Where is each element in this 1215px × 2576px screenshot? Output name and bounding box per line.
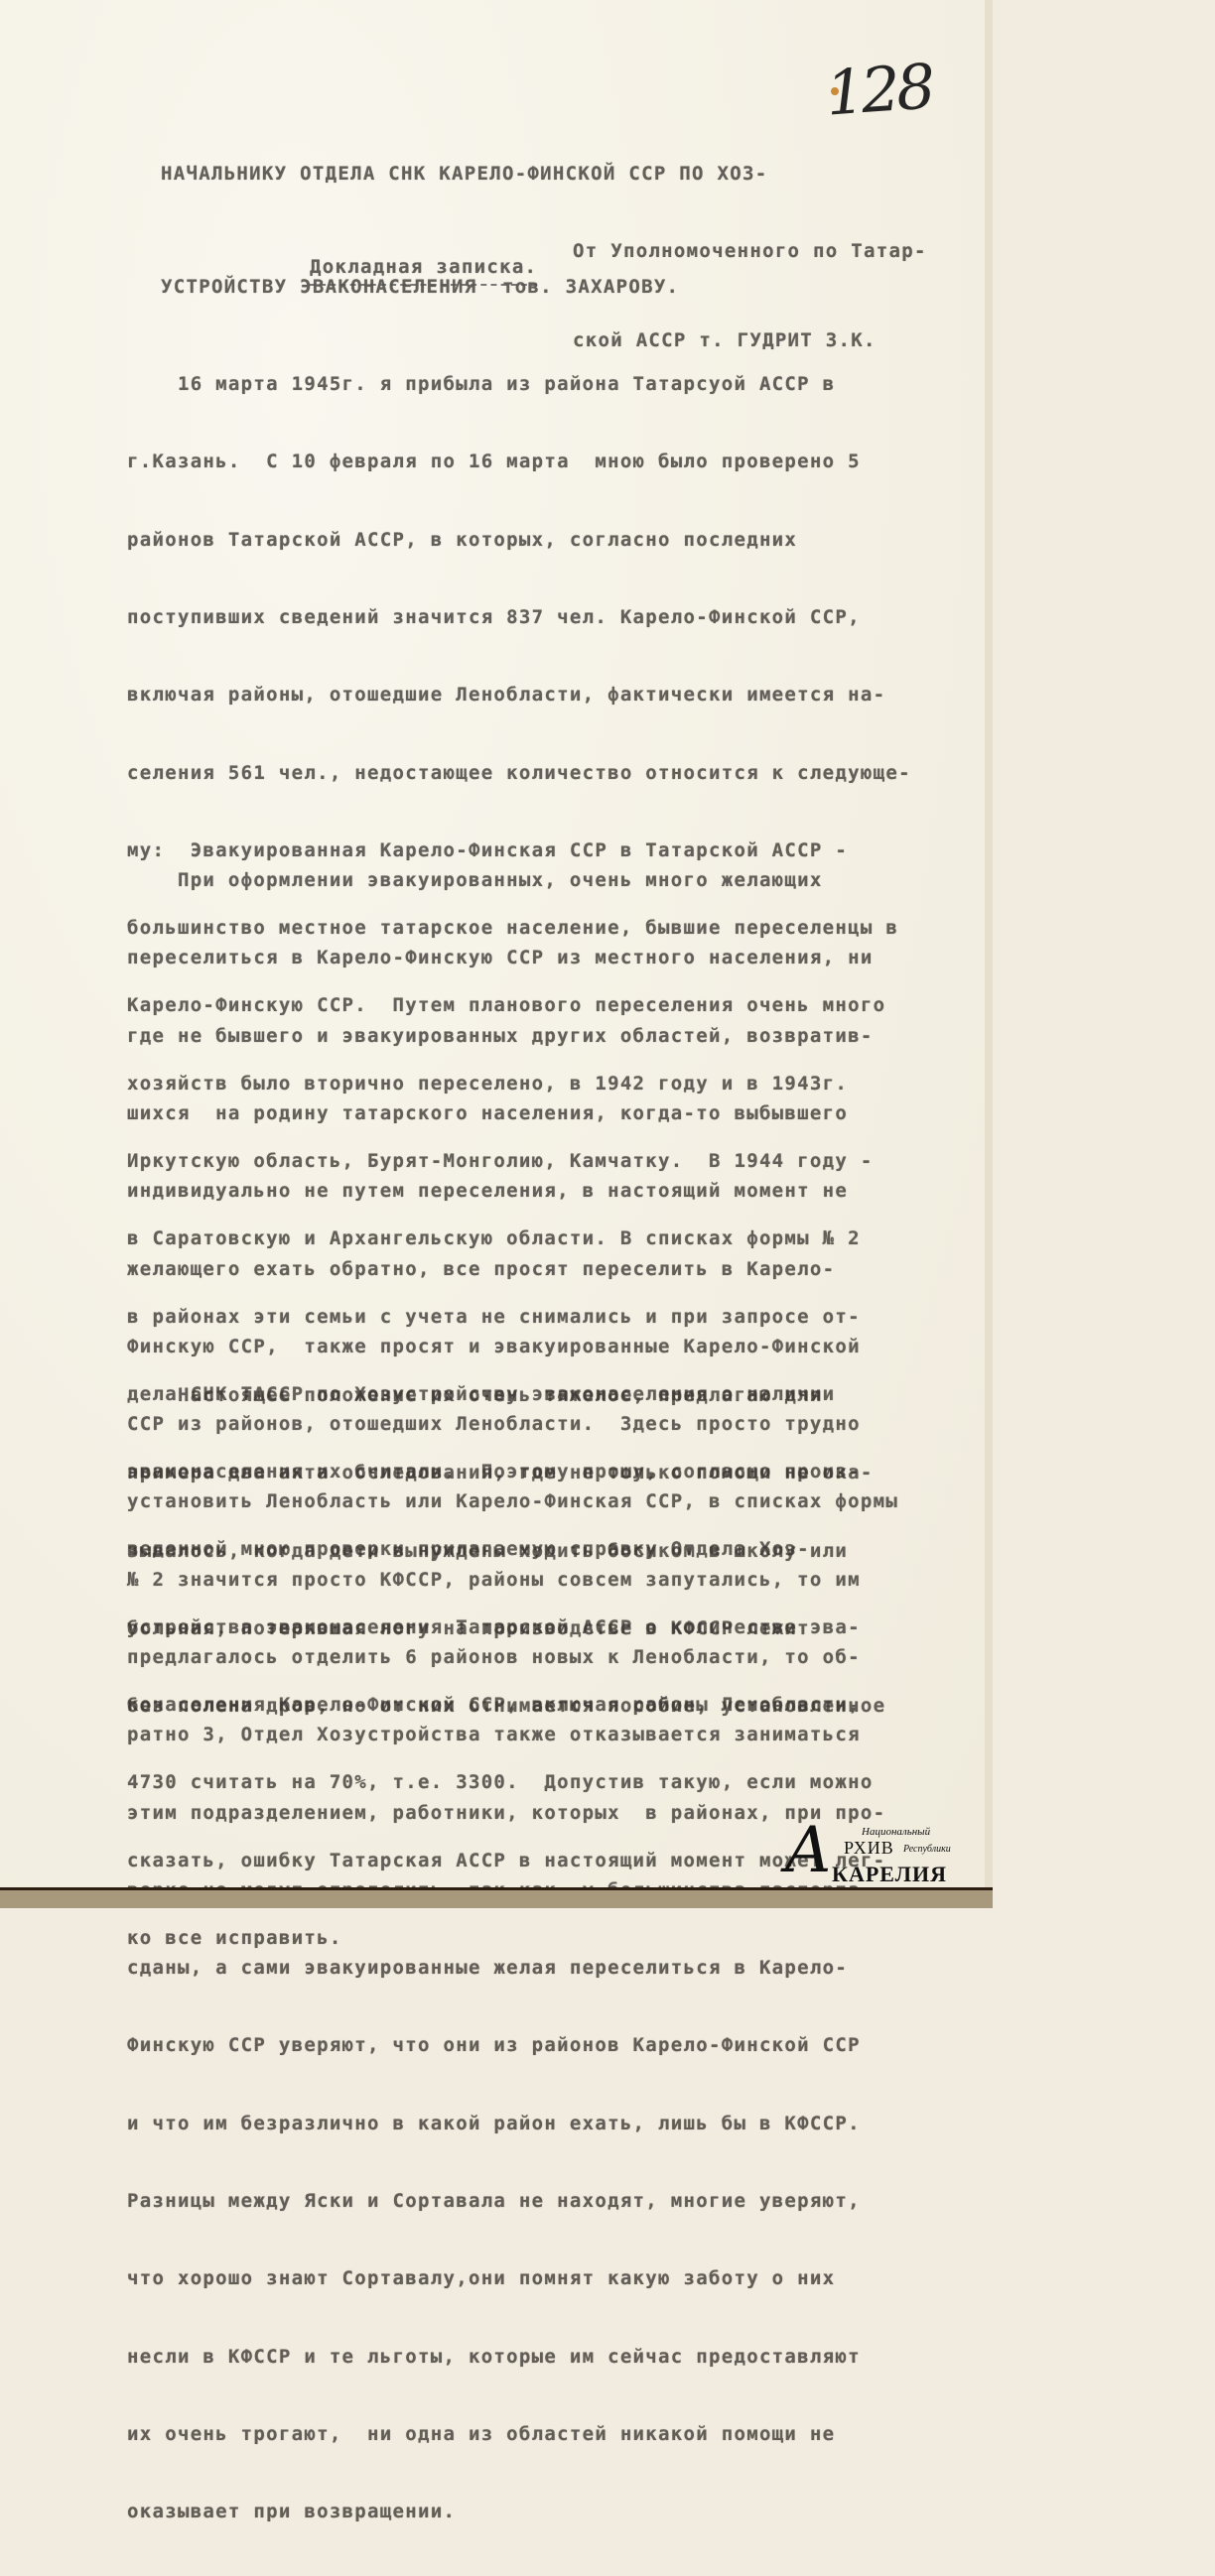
- handwritten-folio-number: 128: [824, 50, 934, 129]
- text-line: включая районы, отошедшие Ленобласти, фа…: [127, 682, 911, 708]
- text-line: индивидуально не путем переселения, в на…: [127, 1178, 898, 1204]
- text-line: При оформлении эвакуированных, очень мно…: [127, 867, 898, 893]
- archive-watermark-logo: А Национальный РХИВ Республики КАРЕЛИЯ: [784, 1826, 993, 1887]
- text-line: где не бывшего и эвакуированных других о…: [127, 1023, 898, 1049]
- text-line: г.Казань. С 10 февраля по 16 марта мною …: [127, 449, 911, 474]
- text-line: поступивших сведений значится 837 чел. К…: [127, 604, 911, 630]
- page-bottom-edge: [0, 1887, 993, 1905]
- logo-archive: РХИВ: [844, 1838, 894, 1859]
- logo-national: Национальный: [862, 1826, 930, 1838]
- text-line: Настоящее положение их очень тяжелое, пр…: [127, 1382, 885, 1408]
- text-line: примера два акта обследования, где не то…: [127, 1460, 885, 1485]
- text-line: зывалось, когда дети вынуждены ходить бо…: [127, 1538, 885, 1564]
- sender-line: От Уполномоченного по Татар-: [573, 236, 927, 266]
- text-line: селения 561 чел., недостающее количество…: [127, 760, 911, 786]
- archival-document-page: 128 НАЧАЛЬНИКУ ОТДЕЛА СНК КАРЕЛО-ФИНСКОЙ…: [0, 0, 985, 1887]
- text-line: больная, потерявшая ногу на производстве…: [127, 1615, 885, 1641]
- logo-letter: А: [784, 1814, 832, 1887]
- document-title: Докладная записка.: [310, 256, 537, 286]
- text-line: шихся на родину татарского населения, ко…: [127, 1100, 898, 1126]
- underlying-page-edge: [985, 0, 993, 1887]
- text-line: районов Татарской АССР, в которых, согла…: [127, 527, 911, 553]
- text-line: желающего ехать обратно, все просят пере…: [127, 1256, 898, 1282]
- text-line: переселиться в Карело-Финскую ССР из мес…: [127, 945, 898, 970]
- logo-karelia: КАРЕЛИЯ: [832, 1862, 947, 1887]
- text-line: без полена дров, но от них отнимается по…: [127, 1693, 885, 1719]
- text-line: 16 марта 1945г. я прибыла из района Тата…: [127, 371, 911, 397]
- paragraph-3: Настоящее положение их очень тяжелое, пр…: [127, 1331, 885, 1771]
- text-line: этим подразделением, работники, которых …: [127, 1800, 898, 1826]
- logo-republic: Республики: [903, 1844, 951, 1855]
- stain-spot: [831, 87, 839, 95]
